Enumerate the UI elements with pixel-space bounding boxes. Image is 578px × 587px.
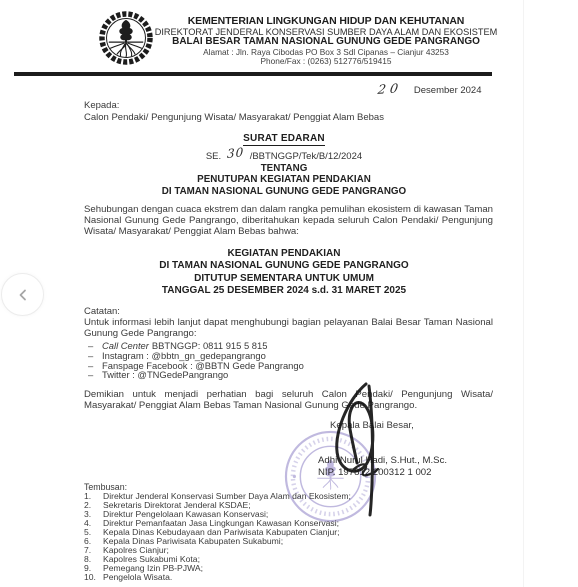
announcement-line: DI TAMAN NASIONAL GUNUNG GEDE PANGRANGO: [84, 260, 484, 272]
chevron-left-icon: [15, 287, 31, 303]
dash-bullet: –: [84, 341, 102, 351]
notes-intro: Untuk informasi lebih lanjut dapat mengh…: [84, 317, 493, 339]
cc-text: Pengelola Wisata.: [103, 573, 172, 582]
announcement-block: KEGIATAN PENDAKIAN DI TAMAN NASIONAL GUN…: [84, 248, 484, 298]
contact-list: – Call Center BBTNGGP: 0811 915 5 815 – …: [84, 341, 493, 380]
carousel-prev-button[interactable]: [1, 273, 44, 316]
handwritten-day: 20: [377, 80, 403, 97]
letter-title: SURAT EDARAN: [243, 133, 325, 146]
letter-number: SE. 30 /BBTNGGP/Tek/B/12/2024: [84, 148, 484, 162]
cc-number: 10.: [84, 573, 103, 582]
contact-item: – Twitter : @TNGedePangrango: [84, 370, 493, 380]
recipient-label: Kepada:: [84, 100, 492, 112]
subject-line-2: DI TAMAN NASIONAL GUNUNG GEDE PANGRANGO: [84, 186, 484, 197]
letterhead-divider: [14, 72, 492, 76]
printed-month-year: Desember 2024: [414, 85, 482, 96]
office-name: BALAI BESAR TAMAN NASIONAL GUNUNG GEDE P…: [150, 37, 502, 48]
cc-item: 10.Pengelola Wisata.: [84, 573, 504, 582]
scanned-letter-page: KEMENTERIAN LINGKUNGAN HIDUP DAN KEHUTAN…: [0, 0, 578, 587]
announcement-line: DITUTUP SEMENTARA UNTUK UMUM: [84, 273, 484, 285]
about-label: TENTANG: [84, 163, 484, 174]
letter-number-suffix: /BBTNGGP/Tek/B/12/2024: [250, 151, 362, 162]
opening-paragraph: Sehubungan dengan cuaca ekstrem dan dala…: [84, 204, 493, 238]
announcement-line: TANGGAL 25 DESEMBER 2024 s.d. 31 MARET 2…: [84, 285, 484, 297]
dash-bullet: –: [84, 351, 102, 361]
subject-block: TENTANG PENUTUPAN KEGIATAN PENDAKIAN DI …: [84, 163, 484, 197]
office-phone: Phone/Fax : (0263) 512776/519415: [150, 57, 502, 66]
cc-list: 1.Direktur Jenderal Konservasi Sumber Da…: [84, 492, 504, 582]
ministry-logo-icon: [97, 9, 155, 67]
letterhead: KEMENTERIAN LINGKUNGAN HIDUP DAN KEHUTAN…: [150, 16, 502, 66]
closing-paragraph: Demikian untuk menjadi perhatian bagi se…: [84, 389, 493, 411]
handwritten-letter-number: 30: [227, 145, 245, 161]
ministry-name: KEMENTERIAN LINGKUNGAN HIDUP DAN KEHUTAN…: [150, 16, 502, 27]
recipient-line: Calon Pendaki/ Pengunjung Wisata/ Masyar…: [84, 112, 492, 124]
page-edge: [523, 0, 524, 587]
contact-text: Twitter : @TNGedePangrango: [102, 370, 228, 380]
dash-bullet: –: [84, 370, 102, 380]
letter-number-prefix: SE.: [206, 151, 221, 162]
subject-line-1: PENUTUPAN KEGIATAN PENDAKIAN: [84, 174, 484, 185]
letter-title-block: SURAT EDARAN SE. 30 /BBTNGGP/Tek/B/12/20…: [84, 128, 484, 162]
notes-label: Catatan:: [84, 306, 120, 317]
letter-date: 20 Desember 2024: [378, 81, 482, 96]
recipient-block: Kepada: Calon Pendaki/ Pengunjung Wisata…: [84, 100, 492, 123]
announcement-line: KEGIATAN PENDAKIAN: [84, 248, 484, 260]
dash-bullet: –: [84, 361, 102, 371]
